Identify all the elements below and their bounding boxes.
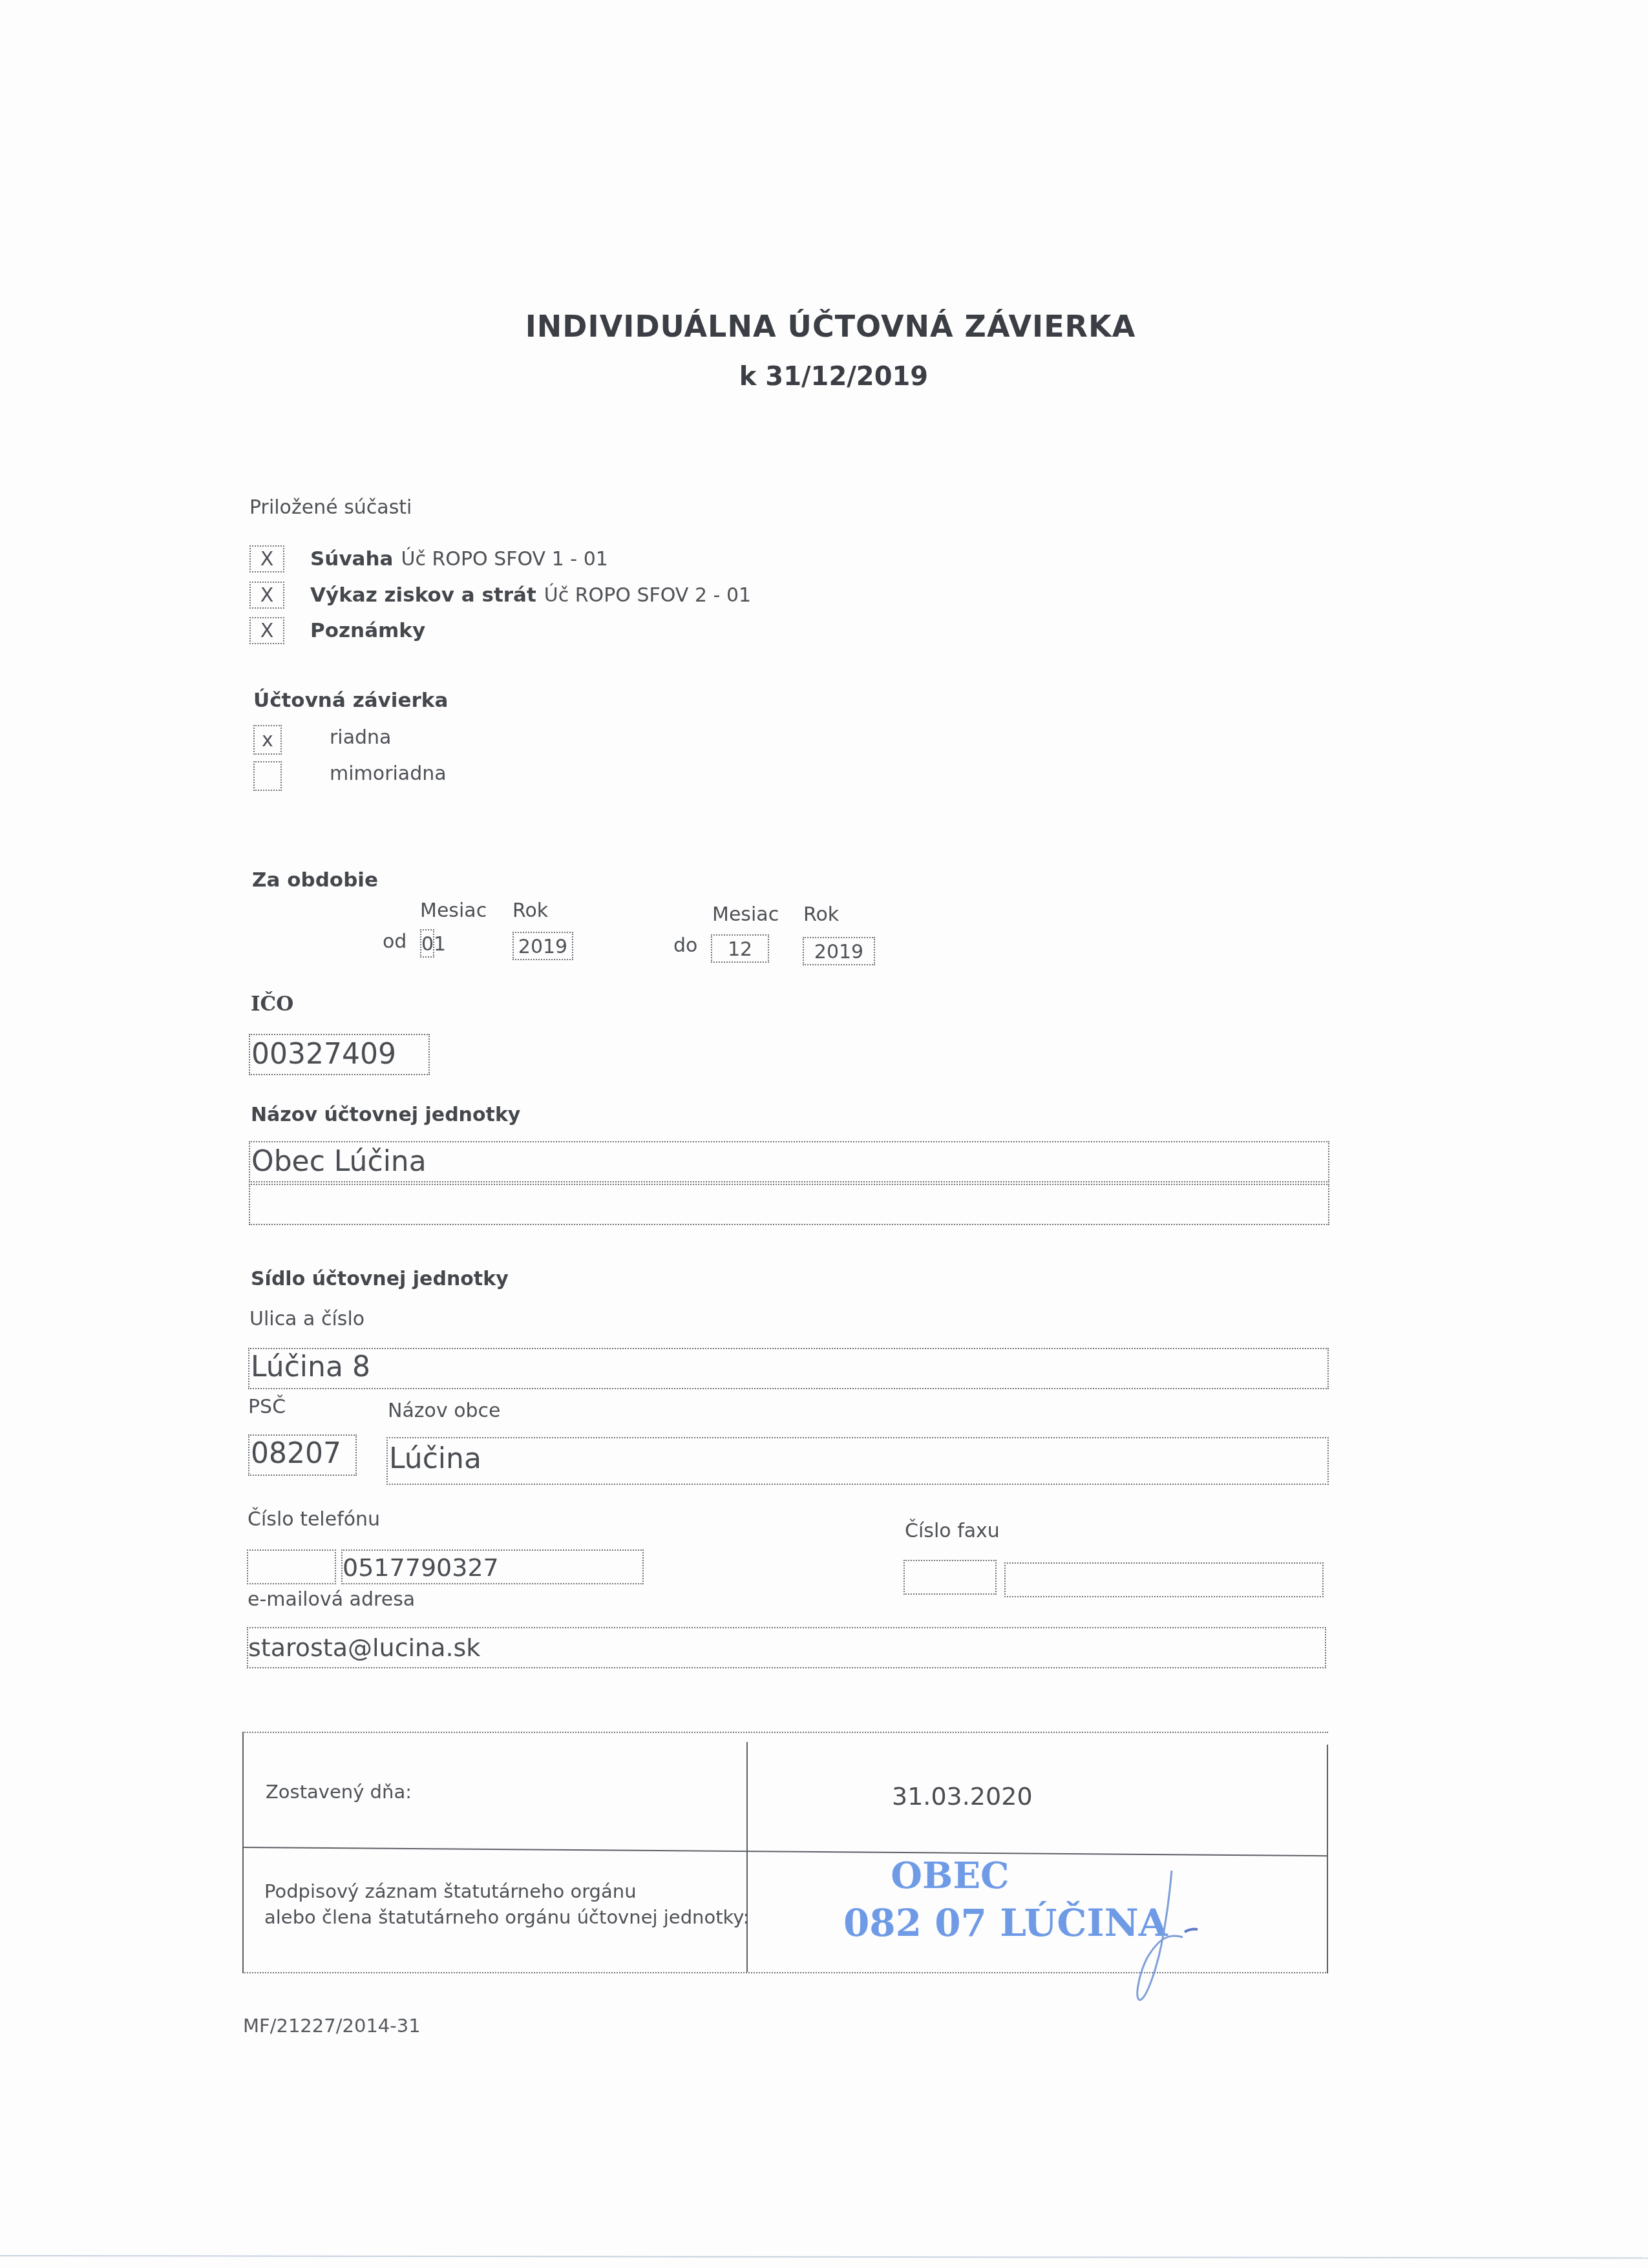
document-title: INDIVIDUÁLNA ÚČTOVNÁ ZÁVIERKA: [0, 309, 1648, 344]
component-name: Súvaha: [310, 547, 394, 571]
from-month-label: Mesiac: [420, 899, 487, 922]
to-prefix: do: [673, 934, 697, 957]
checkbox-extraordinary[interactable]: [253, 761, 282, 791]
compiled-date-value: 31.03.2020: [892, 1782, 1033, 1811]
zip-field[interactable]: 08207: [248, 1434, 357, 1476]
component-code: Úč ROPO SFOV 2 - 01: [544, 584, 751, 607]
table-left-border: [242, 1732, 244, 1973]
document-date: k 31/12/2019: [0, 362, 1648, 392]
component-code: Úč ROPO SFOV 1 - 01: [401, 548, 608, 571]
from-prefix: od: [383, 930, 407, 953]
to-month-field[interactable]: 12: [711, 934, 769, 963]
zip-label: PSČ: [248, 1396, 286, 1418]
email-label: e-mailová adresa: [248, 1588, 415, 1611]
option-extraordinary-label: mimoriadna: [330, 762, 447, 785]
form-code: MF/21227/2014-31: [243, 2015, 421, 2037]
ico-label: IČO: [251, 992, 293, 1016]
component-name: Výkaz ziskov a strát: [310, 583, 536, 607]
component-income-statement: X Výkaz ziskov a strát Úč ROPO SFOV 2 - …: [249, 582, 751, 609]
component-name: Poznámky: [310, 619, 425, 642]
table-top-border: [242, 1732, 1328, 1733]
to-year-label: Rok: [803, 903, 839, 926]
to-year-field[interactable]: 2019: [803, 937, 875, 965]
component-notes: X Poznámky: [249, 617, 425, 644]
ico-field[interactable]: 00327409: [249, 1034, 430, 1075]
checkbox-income-statement[interactable]: X: [249, 582, 284, 609]
signature-label-line2: alebo člena štatutárneho orgánu účtovnej…: [264, 1906, 749, 1928]
from-year-field[interactable]: 2019: [512, 932, 573, 960]
entity-name-line1-field[interactable]: Obec Lúčina: [249, 1141, 1329, 1182]
phone-prefix-field[interactable]: [247, 1549, 336, 1584]
phone-label: Číslo telefónu: [248, 1508, 380, 1531]
checkbox-notes[interactable]: X: [249, 617, 284, 644]
stamp-line2: 082 07 LÚČINA: [843, 1901, 1115, 1945]
from-month-field[interactable]: 01: [420, 929, 434, 958]
stamp-line1: OBEC: [860, 1854, 1041, 1897]
statement-type-heading: Účtovná závierka: [253, 689, 448, 712]
signature-label-line1: Podpisový záznam štatutárneho orgánu: [264, 1880, 637, 1902]
fax-field[interactable]: [1004, 1562, 1324, 1597]
period-heading: Za obdobie: [252, 868, 378, 892]
signature-table: Zostavený dňa: 31.03.2020 Podpisový zázn…: [242, 1732, 1328, 1977]
city-field[interactable]: Lúčina: [386, 1437, 1329, 1485]
to-month-label: Mesiac: [712, 903, 779, 926]
table-row-divider: [242, 1847, 1328, 1856]
compiled-date-label: Zostavený dňa:: [266, 1781, 412, 1803]
from-year-label: Rok: [512, 899, 548, 922]
scan-edge-line: [0, 2255, 1648, 2259]
street-label: Ulica a číslo: [249, 1308, 364, 1330]
checkbox-balance-sheet[interactable]: X: [249, 545, 284, 572]
signature-icon: [1121, 1867, 1212, 2010]
phone-field[interactable]: 0517790327: [341, 1549, 644, 1584]
fax-prefix-field[interactable]: [903, 1560, 997, 1595]
email-field[interactable]: starosta@lucina.sk: [247, 1627, 1326, 1668]
entity-name-label: Názov účtovnej jednotky: [251, 1104, 520, 1126]
table-right-border: [1327, 1745, 1328, 1973]
address-heading: Sídlo účtovnej jednotky: [251, 1268, 509, 1290]
attached-components-heading: Priložené súčasti: [249, 496, 412, 519]
street-field[interactable]: Lúčina 8: [248, 1348, 1329, 1389]
component-balance-sheet: X Súvaha Úč ROPO SFOV 1 - 01: [249, 545, 608, 572]
entity-name-line2-field[interactable]: [249, 1184, 1329, 1225]
city-label: Názov obce: [388, 1400, 501, 1422]
checkbox-regular[interactable]: x: [253, 725, 282, 755]
table-column-divider: [746, 1742, 748, 1972]
fax-label: Číslo faxu: [905, 1520, 1000, 1542]
option-regular-label: riadna: [330, 726, 392, 749]
